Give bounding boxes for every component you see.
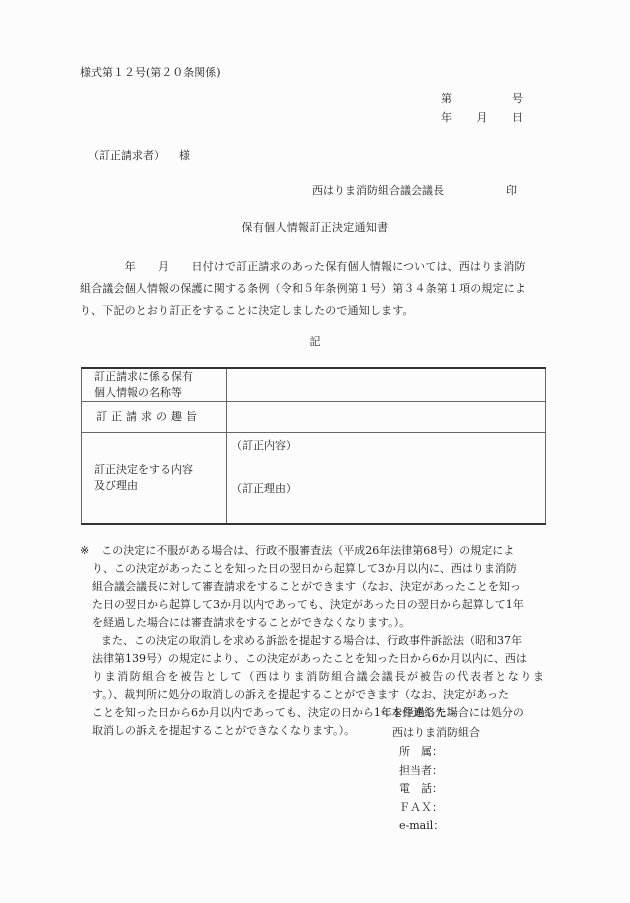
ki-heading: 記 (0, 333, 630, 349)
decision-content-field[interactable]: （訂正内容） （訂正理由） (227, 433, 546, 525)
contact-email: e-mail： (399, 817, 444, 836)
seal-mark: 印 (506, 184, 517, 197)
date-month: 月 (477, 109, 488, 125)
body-line: 組合議会個人情報の保護に関する条例（令和５年条例第１号）第３４条第１項の規定によ (80, 278, 550, 300)
sender-name: 西はりま消防組合議会議長 (312, 184, 444, 197)
appeal-notice: ※この決定に不服がある場合は、行政不服審査法（平成26年法律第68号）の規定によ… (80, 542, 550, 740)
contact-organization: 西はりま消防組合 (392, 724, 480, 740)
table-label-cell: 訂正決定をする内容 及び理由 (82, 433, 227, 525)
form-number: 様式第１２号(第２０条関係) (80, 64, 221, 80)
note-line: 組合議会議長に対して審査請求をすることができます（なお、決定があったことを知っ (80, 578, 550, 596)
contact-fax: ＦＡＸ： (399, 799, 444, 818)
correction-reason-label: （訂正理由） (231, 480, 297, 496)
table-row: 訂正請求に係る保有 個人情報の名称等 (82, 368, 546, 402)
record-table: 訂正請求に係る保有 個人情報の名称等 訂正請求の趣旨 訂正決定をする内容 及び理… (81, 367, 546, 525)
label-line: 訂正決定をする内容 (94, 462, 226, 478)
contact-heading: ＜本件連絡先＞ (380, 704, 457, 720)
note-line: 法律第139号）の規定により、この決定があったことを知った日から6か月以内に、西… (80, 650, 550, 668)
contact-fields: 所 属： 担当者： 電 話： ＦＡＸ： e-mail： (399, 743, 444, 836)
note-line: りま消防組合を被告として（西はりま消防組合議会議長が被告の代表者となりま (80, 668, 550, 686)
document-title: 保有個人情報訂正決定通知書 (0, 219, 630, 235)
recipient-label: （訂正請求者） (88, 149, 165, 162)
document-number: 第 号 (441, 90, 523, 106)
table-label-cell: 訂正請求に係る保有 個人情報の名称等 (82, 368, 227, 402)
note-line: す。）、裁判所に処分の取消しの訴えを提起することができます（なお、決定があった (80, 686, 550, 704)
date-year: 年 (441, 109, 452, 125)
label-line: 訂正請求に係る保有 (94, 369, 226, 385)
sender: 西はりま消防組合議会議長印 (312, 182, 517, 198)
issue-date: 年 月 日 (441, 109, 523, 125)
label-line: 個人情報の名称等 (94, 385, 226, 401)
note-line: ※この決定に不服がある場合は、行政不服審査法（平成26年法律第68号）の規定によ (80, 542, 550, 560)
note-line: り、この決定があったことを知った日の翌日から起算して3か月以内に、西はりま消防 (80, 560, 550, 578)
date-day: 日 (512, 109, 523, 125)
request-purpose-field[interactable] (227, 402, 546, 433)
doc-number-suffix: 号 (512, 90, 523, 106)
body-line: り、下記のとおり訂正をすることに決定しましたので通知します。 (80, 300, 550, 322)
recipient: （訂正請求者）様 (88, 147, 190, 163)
contact-department: 所 属： (399, 743, 444, 762)
body-line: 年 月 日付けで訂正請求のあった保有個人情報については、西はりま消防 (80, 256, 550, 278)
note-line: ことを知った日から6か月以内であっても、決定の日から1年を経過した場合には処分の (80, 704, 550, 722)
asterisk-mark-icon: ※ (80, 544, 89, 557)
contact-phone: 電 話： (399, 780, 444, 799)
label-line: 及び理由 (94, 478, 226, 494)
table-row: 訂正決定をする内容 及び理由 （訂正内容） （訂正理由） (82, 433, 546, 525)
note-line: を経過した場合には審査請求をすることができなくなります。）。 (80, 614, 550, 632)
body-paragraph: 年 月 日付けで訂正請求のあった保有個人情報については、西はりま消防 組合議会個… (80, 256, 550, 322)
contact-person: 担当者： (399, 762, 444, 781)
correction-content-label: （訂正内容） (231, 437, 297, 453)
table-label-cell: 訂正請求の趣旨 (82, 402, 227, 433)
note-line: また、この決定の取消しを求める訴訟を提起する場合は、行政事件訴訟法（昭和37年 (80, 632, 550, 650)
recipient-honorific: 様 (179, 149, 190, 162)
doc-number-prefix: 第 (441, 90, 452, 106)
table-row: 訂正請求の趣旨 (82, 402, 546, 433)
personal-info-name-field[interactable] (227, 368, 546, 402)
note-line: た日の翌日から起算して3か月以内であっても、決定があった日の翌日から起算して1年 (80, 596, 550, 614)
